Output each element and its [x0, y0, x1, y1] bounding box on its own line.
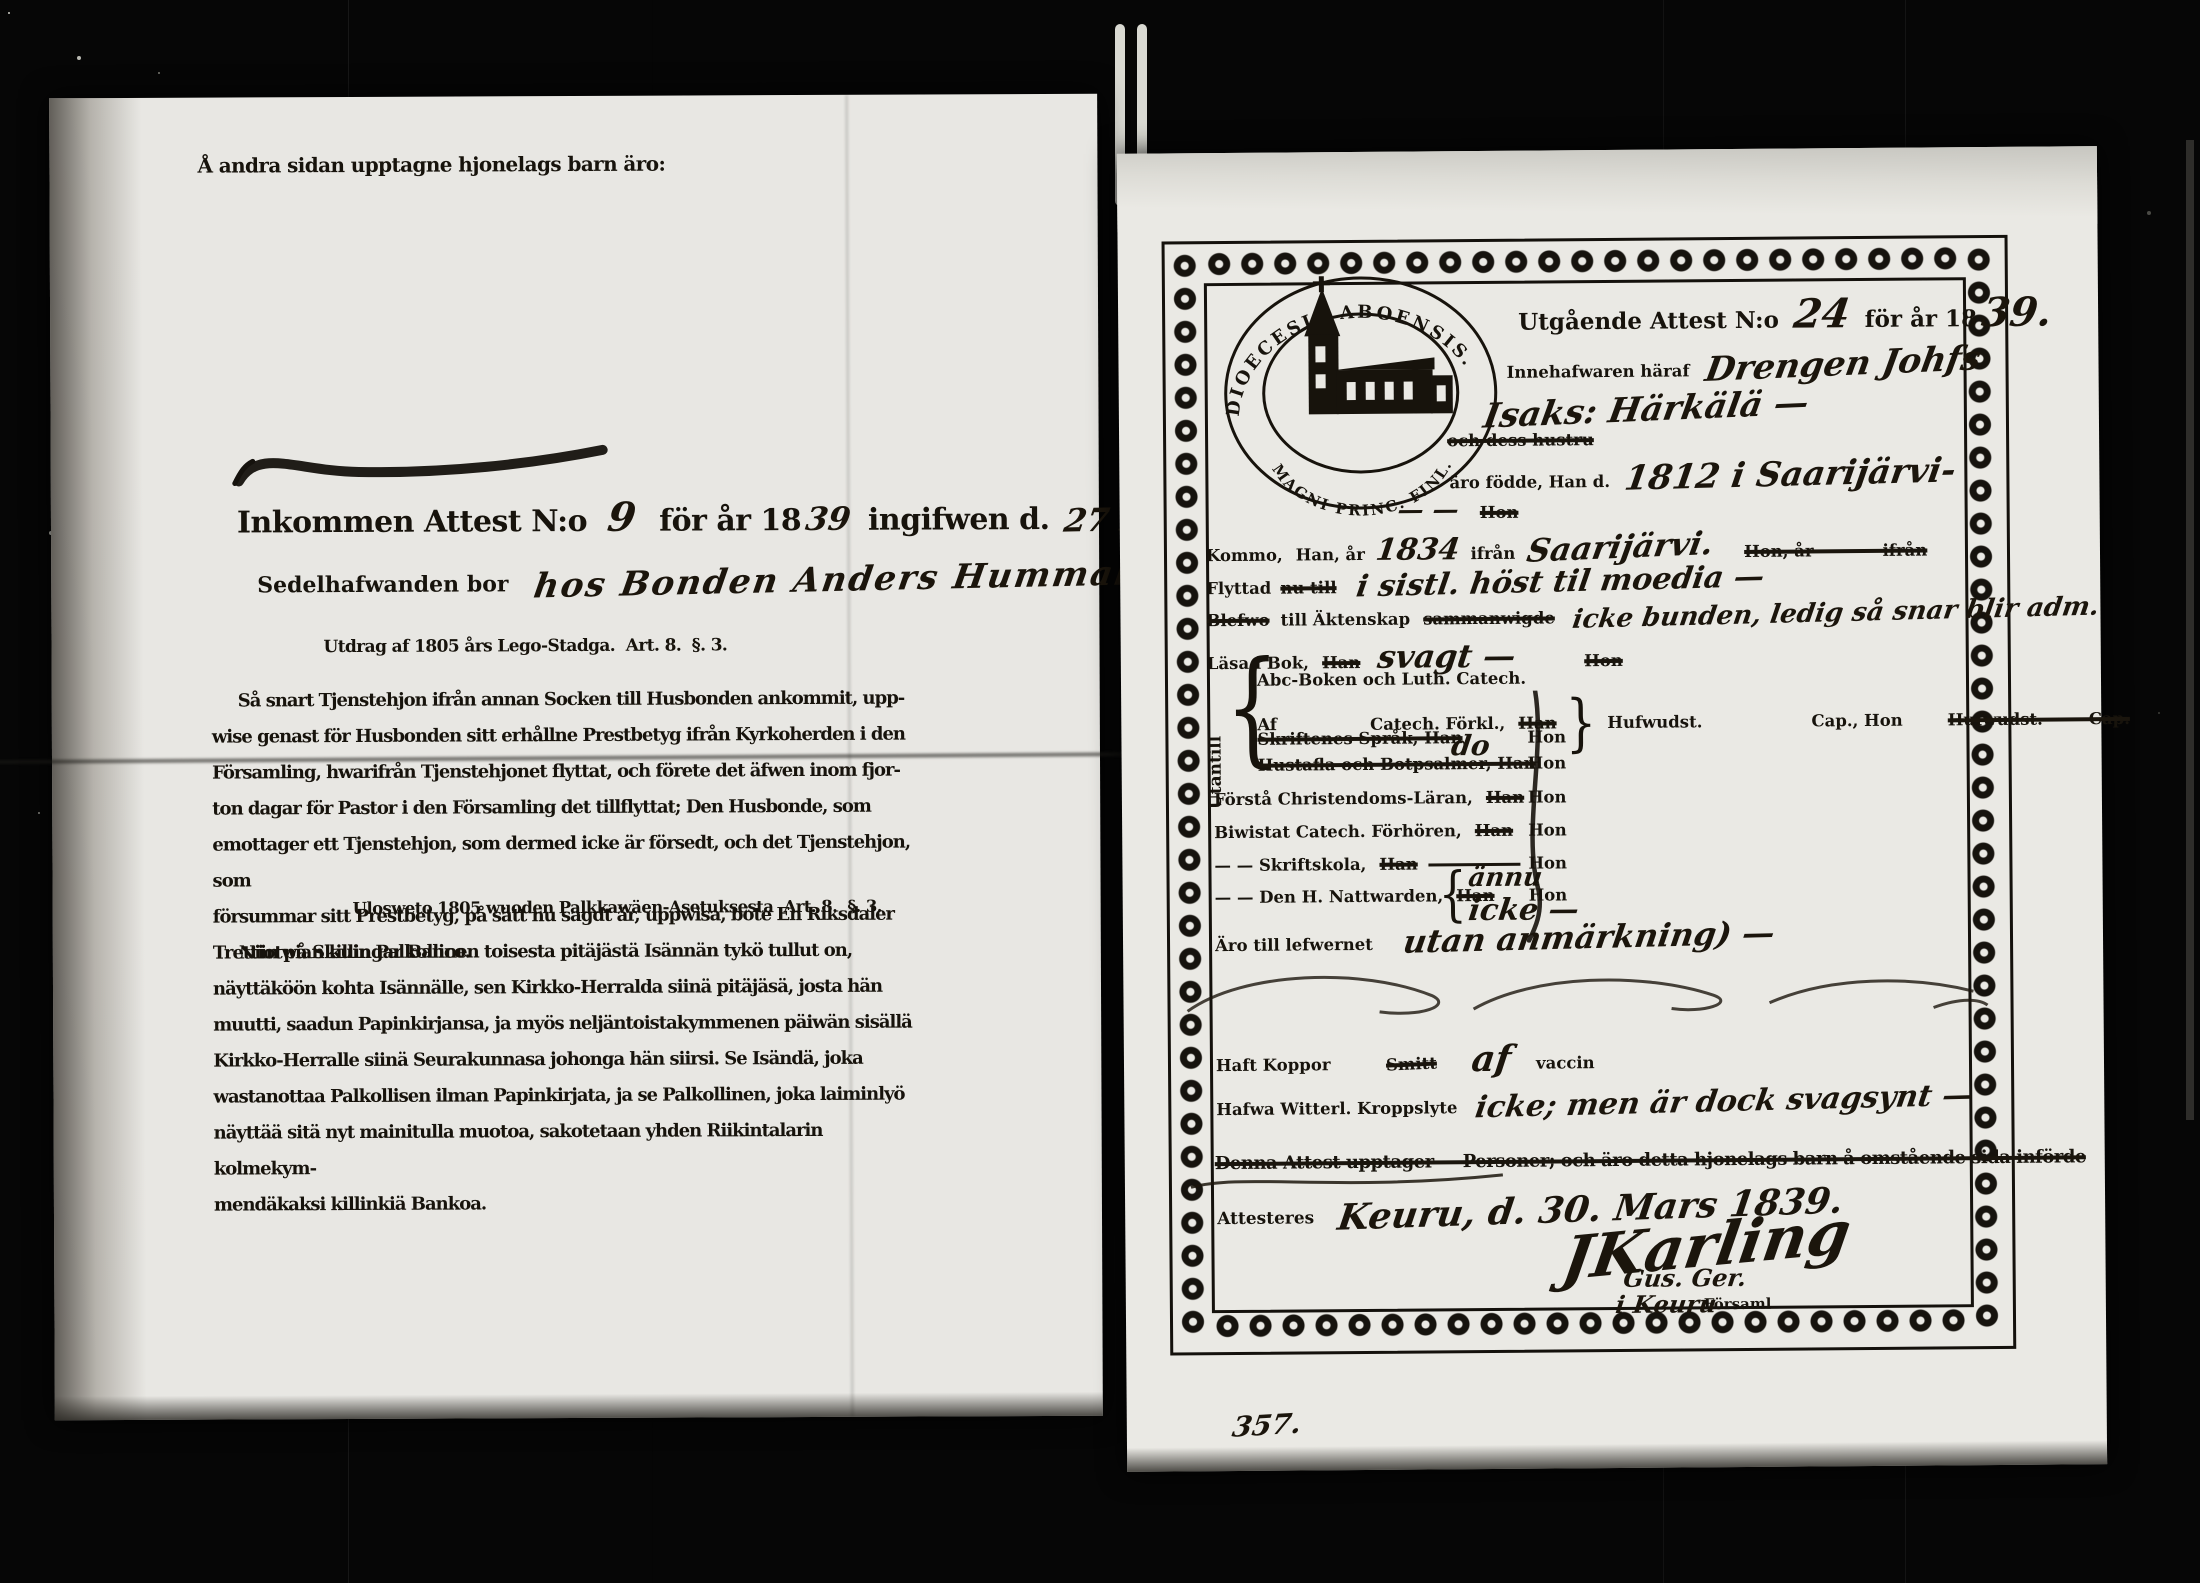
right-document-page: DIOECESIS ABOENSIS. MAGNI PRINC. FINL. — [1117, 146, 2107, 1472]
hufwudst-cap-struck: Hufwudst. Cap. — [1948, 708, 2130, 728]
submitted-label: ingifwen d. — [868, 502, 1050, 538]
bodily-defect-label: Hafwa Witterl. Kroppslyte — [1216, 1098, 1457, 1119]
bearer-label: Sedelhafwanden bor — [257, 571, 508, 598]
for-year-label: för år 18 — [1865, 305, 1978, 333]
church-icon — [1304, 275, 1453, 414]
came-year-handwritten: 1834 — [1374, 532, 1462, 568]
dash-handwritten: — — — [1396, 495, 1461, 526]
swedish-extract-heading: Utdrag af 1805 års Lego-Stadga. Art. 8. … — [323, 635, 727, 657]
wed-struck1: Blefwo — [1206, 611, 1269, 630]
finnish-extract-body: Niin pian kuin Palkollinen toisesta pitä… — [213, 933, 920, 1224]
torn-bottom-edge — [1127, 1440, 2107, 1472]
ink-flourish-loops — [1173, 947, 1994, 1025]
year-handwritten: 39. — [1979, 289, 2055, 337]
marriage-label: till Äktenskap — [1281, 610, 1411, 630]
moved-note-handwritten: i sistl. höst til moedia — — [1354, 559, 1767, 604]
smitt-struck: Smitt — [1386, 1054, 1438, 1075]
parish-printed-label: Församl — [1704, 1295, 1772, 1314]
communion-brace-open: { — [1438, 865, 1466, 925]
born-label: äro födde, Han d. — [1449, 472, 1610, 492]
catechism-line1: Abc-Boken och Luth. Catech. — [1257, 669, 1526, 690]
left-document-page: Å andra sidan upptagne hjonelags barn är… — [49, 94, 1103, 1421]
hufwudst-label: Hufwudst. — [1607, 712, 1702, 732]
ink-flourish-stroke — [231, 434, 621, 490]
confirmation-school-label: — — Skriftskola, — [1214, 855, 1366, 875]
came-label2: Han, år — [1296, 545, 1365, 565]
cap-hon-label: Cap., Hon — [1811, 710, 1902, 730]
moved-label: Flyttad — [1206, 579, 1271, 599]
film-dust-specks — [8, 12, 10, 14]
birth-year-place-handwritten: 1812 i Saarijärvi- — [1622, 450, 1959, 498]
year-handwritten: 39 — [804, 500, 854, 538]
swedish-extract-body: Så snart Tjenstehjon ifrån annan Socken … — [212, 681, 919, 972]
paper-fold-shading — [1117, 146, 2098, 232]
attested-label: Attesteres — [1217, 1208, 1314, 1229]
left-top-note: Å andra sidan upptagne hjonelags barn är… — [197, 152, 665, 178]
communion-label: — — Den H. Nattwarden, — [1215, 886, 1444, 907]
catechism-line4-struck: Hustafla och Botpsalmer, Han — [1258, 754, 1536, 775]
film-right-edge — [2186, 140, 2194, 1120]
vertical-ink-stroke — [1513, 690, 1575, 942]
smallpox-label: Haft Koppor — [1216, 1055, 1331, 1075]
christendom-label: Förstå Christendoms-Läran, — [1214, 788, 1473, 809]
came-label: Kommo, — [1206, 546, 1283, 566]
wed-struck2: sammanwigde — [1423, 608, 1555, 628]
from-label: ifrån — [1471, 544, 1516, 563]
attended-exams-label: Biwistat Catech. Förhören, — [1214, 821, 1462, 842]
attest-number-handwritten: 24 — [1791, 290, 1853, 337]
signature-parish-handwritten: i Keuru — [1614, 1289, 1718, 1319]
microfilm-scan: Å andra sidan upptagne hjonelags barn är… — [0, 0, 2200, 1583]
hon-struck: Hon — [1480, 503, 1519, 522]
holder-label: Innehafwaren häraf — [1506, 361, 1689, 381]
han-struck: Han — [1475, 821, 1513, 840]
moved-struck: nu till — [1280, 578, 1336, 597]
of-handwritten: af — [1469, 1038, 1513, 1080]
hon-struck: Hon — [1584, 651, 1623, 670]
incoming-attest-label: Inkommen Attest N:o — [237, 504, 587, 541]
han-struck: Han — [1379, 855, 1417, 874]
finnish-extract-heading: Ulosweto 1805 wuoden Palkkawäen-Asetukse… — [353, 897, 882, 918]
vaccine-label: vaccin — [1536, 1053, 1595, 1072]
hon-came-struck: Hon, år ifrån — [1744, 541, 1927, 561]
attest-number-handwritten: 9 — [605, 494, 639, 541]
catechism-line3-struck: Skriftenes Språk, Han — [1257, 728, 1462, 749]
outgoing-attest-label: Utgående Attest N:o — [1518, 307, 1779, 336]
holder-name-handwritten: Drengen Johfs — [1702, 338, 1984, 390]
for-year-label: för år 18 — [659, 503, 801, 539]
film-page-number: 357. — [1230, 1407, 1304, 1444]
torn-bottom-edge — [55, 1392, 1103, 1421]
spouse-clause-struck: och dess hustru — [1447, 430, 1594, 450]
